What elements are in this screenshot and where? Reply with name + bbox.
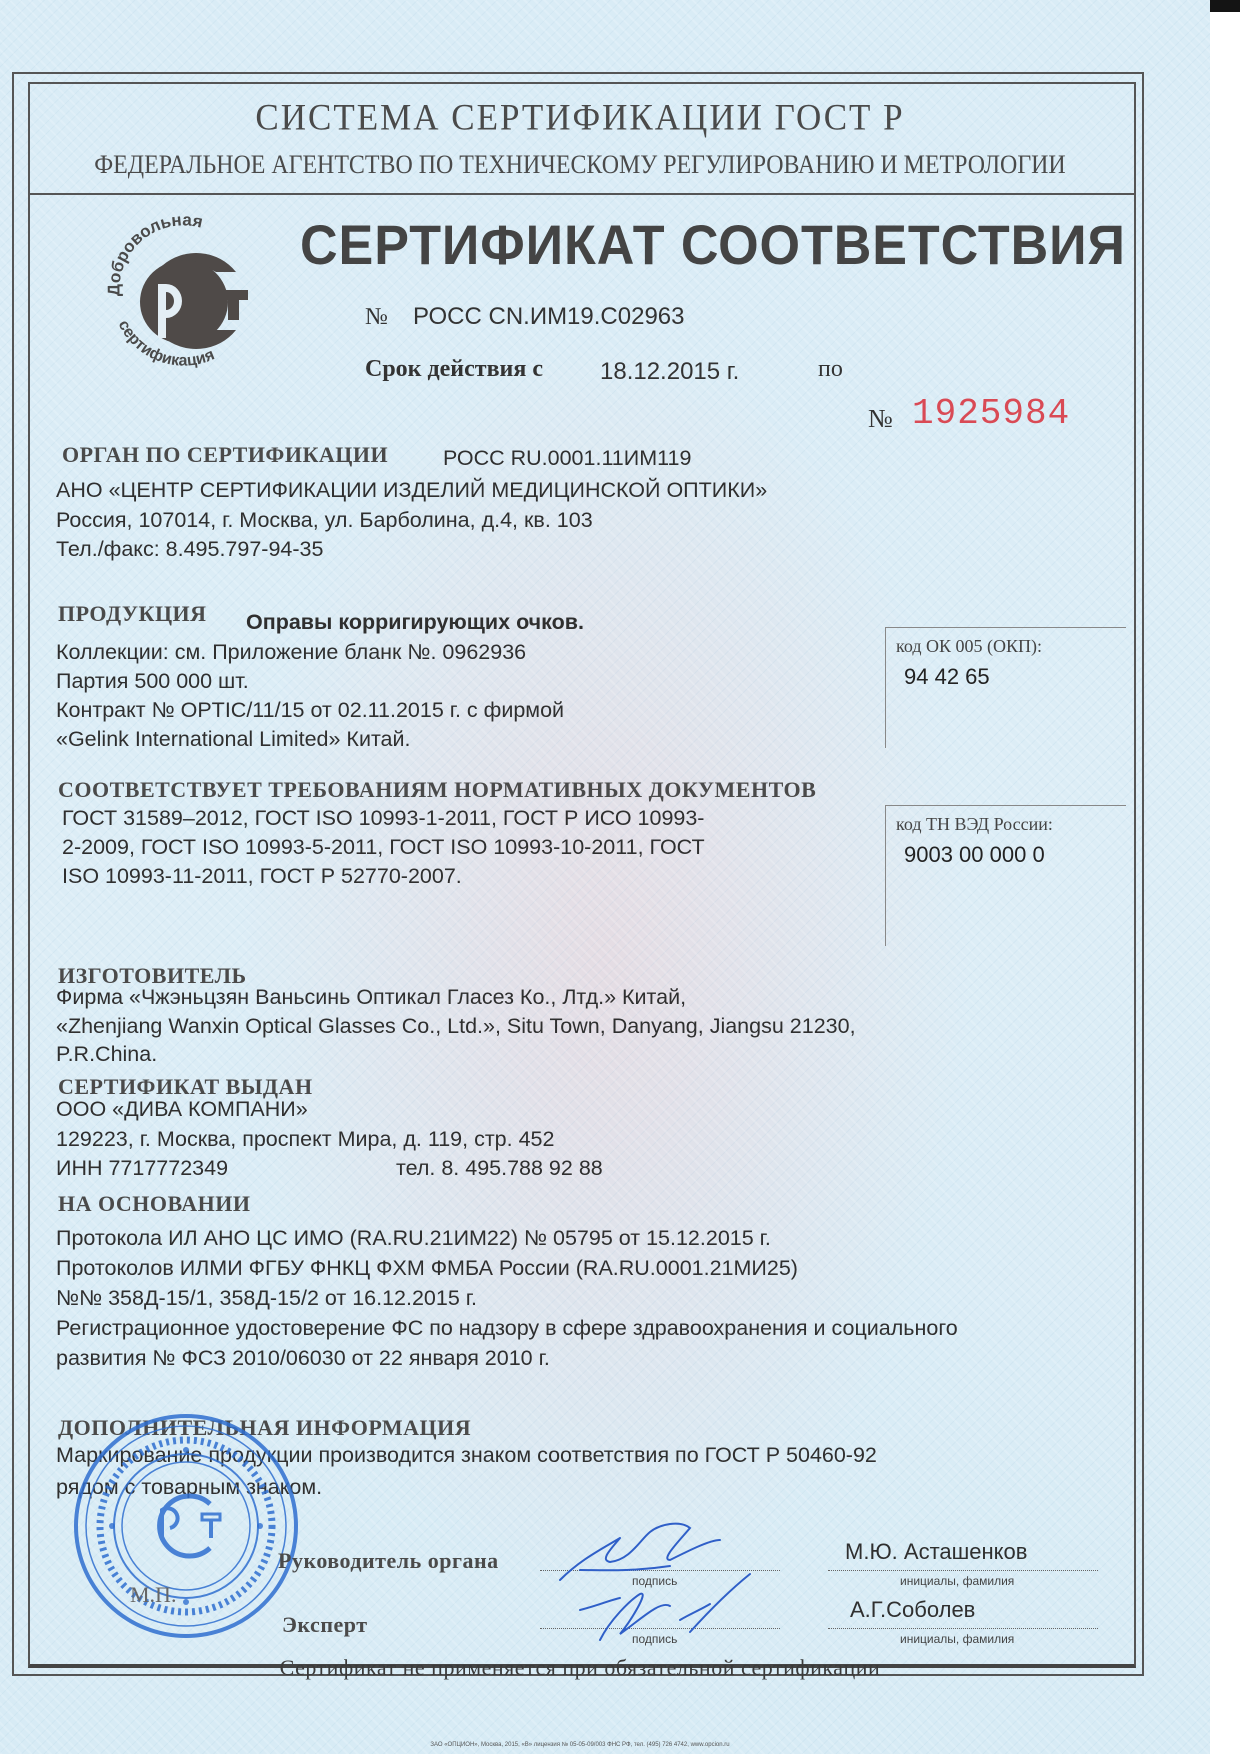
certificate-number-label: № — [365, 304, 388, 331]
basis-line: №№ 358Д-15/1, 358Д-15/2 от 16.12.2015 г. — [56, 1286, 477, 1311]
okp-code-label: код ОК 005 (ОКП): — [896, 636, 1042, 657]
tnved-code-box: код ТН ВЭД России: 9003 00 000 0 — [885, 805, 1126, 946]
seal-place-label: М.П. — [130, 1582, 176, 1608]
pct-logo-icon: Добровольная сертификация — [98, 206, 268, 376]
tnved-code-label: код ТН ВЭД России: — [896, 814, 1053, 835]
certification-body-address: Россия, 107014, г. Москва, ул. Барболина… — [56, 508, 593, 533]
compliance-heading: СООТВЕТСТВУЕТ ТРЕБОВАНИЯМ НОРМАТИВНЫХ ДО… — [58, 777, 816, 803]
issued-to-inn: ИНН 7717772349 — [56, 1156, 228, 1181]
manufacturer-line: Фирма «Чжэньцзян Ваньсинь Оптикал Гласез… — [56, 985, 686, 1010]
agency-name: ФЕДЕРАЛЬНОЕ АГЕНТСТВО ПО ТЕХНИЧЕСКОМУ РЕ… — [46, 150, 1113, 180]
okp-code-box: код ОК 005 (ОКП): 94 42 65 — [885, 627, 1126, 748]
certificate-number: РОСС CN.ИМ19.С02963 — [413, 303, 685, 331]
footer-note: Сертификат не применяется при обязательн… — [0, 1655, 1160, 1681]
serial-number-label: № — [868, 404, 893, 434]
basis-line: Протоколов ИЛМИ ФГБУ ФНКЦ ФХМ ФМБА Росси… — [56, 1256, 798, 1281]
basis-line: развития № ФСЗ 2010/06030 от 22 января 2… — [56, 1346, 550, 1371]
system-title: СИСТЕМА СЕРТИФИКАЦИИ ГОСТ Р — [0, 97, 1160, 139]
compliance-line: 2-2009, ГОСТ ISO 10993-5-2011, ГОСТ ISO … — [62, 835, 705, 860]
product-line: Партия 500 000 шт. — [56, 669, 249, 694]
okp-code-value: 94 42 65 — [904, 664, 990, 690]
expert-name: А.Г.Соболев — [850, 1597, 975, 1623]
round-seal-icon — [70, 1410, 302, 1642]
expert-name-line — [828, 1628, 1098, 1629]
basis-heading: НА ОСНОВАНИИ — [58, 1191, 251, 1217]
certification-body-reg-number: РОСС RU.0001.11ИМ119 — [443, 446, 691, 471]
certification-body-phone: Тел./факс: 8.495.797-94-35 — [56, 537, 323, 562]
tnved-code-value: 9003 00 000 0 — [904, 842, 1045, 868]
expert-role-label: Эксперт — [282, 1612, 368, 1638]
manufacturer-line: P.R.China. — [56, 1042, 157, 1067]
printer-info: ЗАО «ОПЦИОН», Москва, 2015, «В» лицензия… — [0, 1742, 1160, 1748]
product-name: Оправы корригирующих очков. — [246, 610, 584, 635]
certification-body-name: АНО «ЦЕНТР СЕРТИФИКАЦИИ ИЗДЕЛИЙ МЕДИЦИНС… — [56, 478, 767, 503]
certificate-title: СЕРТИФИКАТ СООТВЕТСТВИЯ — [300, 212, 1126, 277]
product-line: «Gelink International Limited» Китай. — [56, 727, 411, 752]
validity-label: Срок действия с — [365, 356, 543, 383]
head-name-caption: инициалы, фамилия — [900, 1574, 1014, 1588]
issued-to-company: ООО «ДИВА КОМПАНИ» — [56, 1097, 308, 1122]
manufacturer-line: «Zhenjiang Wanxin Optical Glasses Co., L… — [56, 1014, 856, 1039]
valid-from-date: 18.12.2015 г. — [600, 358, 739, 386]
header-divider — [30, 193, 1134, 195]
head-name: М.Ю. Асташенков — [845, 1539, 1027, 1565]
product-line: Контракт № OPTIC/11/15 от 02.11.2015 г. … — [56, 698, 564, 723]
certification-body-heading: ОРГАН ПО СЕРТИФИКАЦИИ — [62, 442, 388, 468]
issued-to-phone: тел. 8. 495.788 92 88 — [396, 1156, 603, 1181]
compliance-line: ГОСТ 31589–2012, ГОСТ ISO 10993-1-2011, … — [62, 806, 704, 831]
serial-number: 1925984 — [912, 393, 1070, 434]
handwritten-signatures-icon — [540, 1510, 760, 1660]
compliance-line: ISO 10993-11-2011, ГОСТ Р 52770-2007. — [62, 864, 462, 889]
basis-line: Протокола ИЛ АНО ЦС ИМО (RA.RU.21ИМ22) №… — [56, 1226, 771, 1251]
basis-line: Регистрационное удостоверение ФС по надз… — [56, 1316, 958, 1341]
gost-r-voluntary-logo: Добровольная сертификация — [98, 206, 268, 376]
official-seal-stamp — [70, 1410, 302, 1642]
head-name-line — [828, 1570, 1098, 1571]
product-heading: ПРОДУКЦИЯ — [58, 601, 207, 627]
valid-to-label: по — [818, 356, 843, 383]
expert-name-caption: инициалы, фамилия — [900, 1632, 1014, 1646]
issued-to-address: 129223, г. Москва, проспект Мира, д. 119… — [56, 1127, 554, 1152]
head-role-label: Руководитель органа — [278, 1548, 499, 1574]
product-line: Коллекции: см. Приложение бланк №. 09629… — [56, 640, 526, 665]
